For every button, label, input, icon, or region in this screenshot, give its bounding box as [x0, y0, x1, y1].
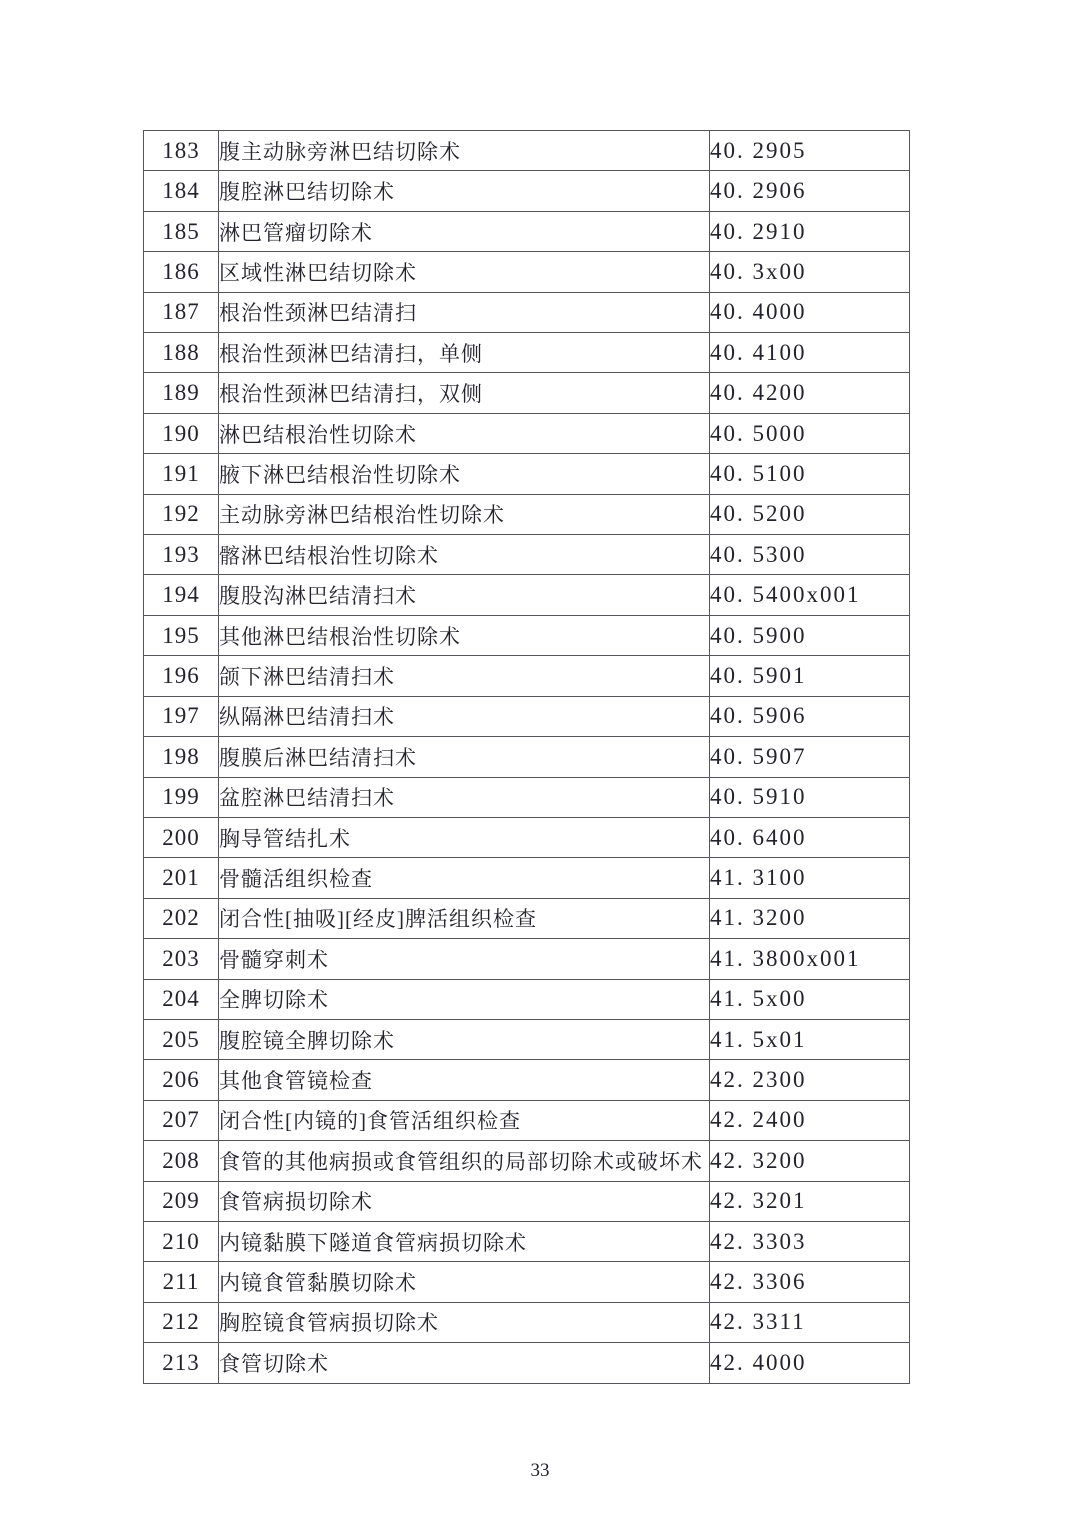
- row-index-cell: 187: [144, 292, 219, 332]
- procedure-code-table: 183腹主动脉旁淋巴结切除术40. 2905184腹腔淋巴结切除术40. 290…: [143, 130, 910, 1384]
- procedure-code-cell: 42. 3201: [710, 1181, 910, 1221]
- row-index-cell: 212: [144, 1302, 219, 1342]
- procedure-name-cell: 腹股沟淋巴结清扫术: [219, 575, 710, 615]
- procedure-name-cell: 腹主动脉旁淋巴结切除术: [219, 131, 710, 171]
- table-row: 199盆腔淋巴结清扫术40. 5910: [144, 777, 910, 817]
- procedure-code-cell: 41. 3100: [710, 858, 910, 898]
- procedure-code-cell: 40. 5100: [710, 454, 910, 494]
- row-index-cell: 184: [144, 171, 219, 211]
- procedure-code-cell: 42. 2300: [710, 1060, 910, 1100]
- row-index-cell: 192: [144, 494, 219, 534]
- procedure-name-cell: 内镜黏膜下隧道食管病损切除术: [219, 1221, 710, 1261]
- procedure-code-cell: 42. 3303: [710, 1221, 910, 1261]
- row-index-cell: 188: [144, 333, 219, 373]
- procedure-code-cell: 40. 5910: [710, 777, 910, 817]
- procedure-name-cell: 根治性颈淋巴结清扫，双侧: [219, 373, 710, 413]
- table-row: 205腹腔镜全脾切除术41. 5x01: [144, 1019, 910, 1059]
- table-row: 209食管病损切除术42. 3201: [144, 1181, 910, 1221]
- table-row: 186区域性淋巴结切除术40. 3x00: [144, 252, 910, 292]
- table-row: 183腹主动脉旁淋巴结切除术40. 2905: [144, 131, 910, 171]
- table-row: 200胸导管结扎术40. 6400: [144, 817, 910, 857]
- row-index-cell: 205: [144, 1019, 219, 1059]
- row-index-cell: 198: [144, 737, 219, 777]
- procedure-name-cell: 淋巴结根治性切除术: [219, 413, 710, 453]
- row-index-cell: 210: [144, 1221, 219, 1261]
- table-row: 188根治性颈淋巴结清扫，单侧40. 4100: [144, 333, 910, 373]
- procedure-code-cell: 40. 5300: [710, 535, 910, 575]
- table-row: 204全脾切除术41. 5x00: [144, 979, 910, 1019]
- table-row: 212胸腔镜食管病损切除术42. 3311: [144, 1302, 910, 1342]
- procedure-name-cell: 食管切除术: [219, 1343, 710, 1383]
- table-row: 208食管的其他病损或食管组织的局部切除术或破坏术42. 3200: [144, 1141, 910, 1181]
- procedure-name-cell: 主动脉旁淋巴结根治性切除术: [219, 494, 710, 534]
- table-row: 191腋下淋巴结根治性切除术40. 5100: [144, 454, 910, 494]
- procedure-name-cell: 纵隔淋巴结清扫术: [219, 696, 710, 736]
- row-index-cell: 207: [144, 1100, 219, 1140]
- table-row: 189根治性颈淋巴结清扫，双侧40. 4200: [144, 373, 910, 413]
- procedure-name-cell: 其他食管镜检查: [219, 1060, 710, 1100]
- procedure-name-cell: 食管的其他病损或食管组织的局部切除术或破坏术: [219, 1141, 710, 1181]
- row-index-cell: 199: [144, 777, 219, 817]
- row-index-cell: 200: [144, 817, 219, 857]
- table-row: 198腹膜后淋巴结清扫术40. 5907: [144, 737, 910, 777]
- table-row: 210内镜黏膜下隧道食管病损切除术42. 3303: [144, 1221, 910, 1261]
- procedure-name-cell: 颌下淋巴结清扫术: [219, 656, 710, 696]
- procedure-name-cell: 食管病损切除术: [219, 1181, 710, 1221]
- row-index-cell: 194: [144, 575, 219, 615]
- procedure-name-cell: 根治性颈淋巴结清扫: [219, 292, 710, 332]
- row-index-cell: 186: [144, 252, 219, 292]
- procedure-code-cell: 41. 3200: [710, 898, 910, 938]
- table-row: 194腹股沟淋巴结清扫术40. 5400x001: [144, 575, 910, 615]
- row-index-cell: 193: [144, 535, 219, 575]
- table-row: 196颌下淋巴结清扫术40. 5901: [144, 656, 910, 696]
- procedure-name-cell: 腹腔镜全脾切除术: [219, 1019, 710, 1059]
- procedure-name-cell: 全脾切除术: [219, 979, 710, 1019]
- procedure-code-cell: 42. 4000: [710, 1343, 910, 1383]
- procedure-code-cell: 41. 5x00: [710, 979, 910, 1019]
- procedure-name-cell: 胸腔镜食管病损切除术: [219, 1302, 710, 1342]
- row-index-cell: 191: [144, 454, 219, 494]
- procedure-code-cell: 40. 5400x001: [710, 575, 910, 615]
- procedure-code-cell: 40. 2910: [710, 211, 910, 251]
- procedure-code-cell: 40. 2906: [710, 171, 910, 211]
- table-row: 187根治性颈淋巴结清扫40. 4000: [144, 292, 910, 332]
- table-row: 193髂淋巴结根治性切除术40. 5300: [144, 535, 910, 575]
- procedure-name-cell: 盆腔淋巴结清扫术: [219, 777, 710, 817]
- table-body: 183腹主动脉旁淋巴结切除术40. 2905184腹腔淋巴结切除术40. 290…: [144, 131, 910, 1384]
- row-index-cell: 197: [144, 696, 219, 736]
- table-row: 203骨髓穿刺术41. 3800x001: [144, 939, 910, 979]
- procedure-code-cell: 40. 4000: [710, 292, 910, 332]
- row-index-cell: 189: [144, 373, 219, 413]
- row-index-cell: 201: [144, 858, 219, 898]
- procedure-name-cell: 淋巴管瘤切除术: [219, 211, 710, 251]
- procedure-code-cell: 40. 4200: [710, 373, 910, 413]
- procedure-code-cell: 40. 5906: [710, 696, 910, 736]
- procedure-name-cell: 根治性颈淋巴结清扫，单侧: [219, 333, 710, 373]
- table-row: 190淋巴结根治性切除术40. 5000: [144, 413, 910, 453]
- table-row: 197纵隔淋巴结清扫术40. 5906: [144, 696, 910, 736]
- procedure-code-cell: 40. 6400: [710, 817, 910, 857]
- procedure-code-cell: 40. 4100: [710, 333, 910, 373]
- document-page: 183腹主动脉旁淋巴结切除术40. 2905184腹腔淋巴结切除术40. 290…: [0, 0, 1080, 1527]
- procedure-name-cell: 内镜食管黏膜切除术: [219, 1262, 710, 1302]
- table-row: 207闭合性[内镜的]食管活组织检查42. 2400: [144, 1100, 910, 1140]
- procedure-name-cell: 骨髓穿刺术: [219, 939, 710, 979]
- row-index-cell: 183: [144, 131, 219, 171]
- table-row: 211内镜食管黏膜切除术42. 3306: [144, 1262, 910, 1302]
- procedure-code-cell: 40. 5000: [710, 413, 910, 453]
- table-row: 184腹腔淋巴结切除术40. 2906: [144, 171, 910, 211]
- procedure-name-cell: 腋下淋巴结根治性切除术: [219, 454, 710, 494]
- procedure-name-cell: 区域性淋巴结切除术: [219, 252, 710, 292]
- procedure-code-cell: 40. 3x00: [710, 252, 910, 292]
- table-row: 201骨髓活组织检查41. 3100: [144, 858, 910, 898]
- row-index-cell: 185: [144, 211, 219, 251]
- table-row: 192主动脉旁淋巴结根治性切除术40. 5200: [144, 494, 910, 534]
- procedure-code-cell: 41. 3800x001: [710, 939, 910, 979]
- procedure-name-cell: 闭合性[内镜的]食管活组织检查: [219, 1100, 710, 1140]
- row-index-cell: 195: [144, 615, 219, 655]
- table-row: 185淋巴管瘤切除术40. 2910: [144, 211, 910, 251]
- procedure-code-cell: 42. 3306: [710, 1262, 910, 1302]
- procedure-code-cell: 40. 5200: [710, 494, 910, 534]
- procedure-code-cell: 42. 3200: [710, 1141, 910, 1181]
- procedure-code-cell: 42. 3311: [710, 1302, 910, 1342]
- procedure-name-cell: 腹腔淋巴结切除术: [219, 171, 710, 211]
- procedure-name-cell: 闭合性[抽吸][经皮]脾活组织检查: [219, 898, 710, 938]
- procedure-code-cell: 40. 5907: [710, 737, 910, 777]
- procedure-code-cell: 40. 5900: [710, 615, 910, 655]
- procedure-code-cell: 41. 5x01: [710, 1019, 910, 1059]
- procedure-name-cell: 髂淋巴结根治性切除术: [219, 535, 710, 575]
- row-index-cell: 203: [144, 939, 219, 979]
- table-row: 202闭合性[抽吸][经皮]脾活组织检查41. 3200: [144, 898, 910, 938]
- row-index-cell: 190: [144, 413, 219, 453]
- row-index-cell: 204: [144, 979, 219, 1019]
- procedure-code-cell: 42. 2400: [710, 1100, 910, 1140]
- row-index-cell: 196: [144, 656, 219, 696]
- procedure-name-cell: 腹膜后淋巴结清扫术: [219, 737, 710, 777]
- row-index-cell: 211: [144, 1262, 219, 1302]
- row-index-cell: 206: [144, 1060, 219, 1100]
- row-index-cell: 213: [144, 1343, 219, 1383]
- table-row: 213食管切除术42. 4000: [144, 1343, 910, 1383]
- procedure-name-cell: 骨髓活组织检查: [219, 858, 710, 898]
- table-row: 206其他食管镜检查42. 2300: [144, 1060, 910, 1100]
- row-index-cell: 209: [144, 1181, 219, 1221]
- procedure-name-cell: 其他淋巴结根治性切除术: [219, 615, 710, 655]
- procedure-code-cell: 40. 5901: [710, 656, 910, 696]
- procedure-name-cell: 胸导管结扎术: [219, 817, 710, 857]
- table-row: 195其他淋巴结根治性切除术40. 5900: [144, 615, 910, 655]
- row-index-cell: 208: [144, 1141, 219, 1181]
- page-number: 33: [0, 1460, 1080, 1482]
- row-index-cell: 202: [144, 898, 219, 938]
- procedure-code-cell: 40. 2905: [710, 131, 910, 171]
